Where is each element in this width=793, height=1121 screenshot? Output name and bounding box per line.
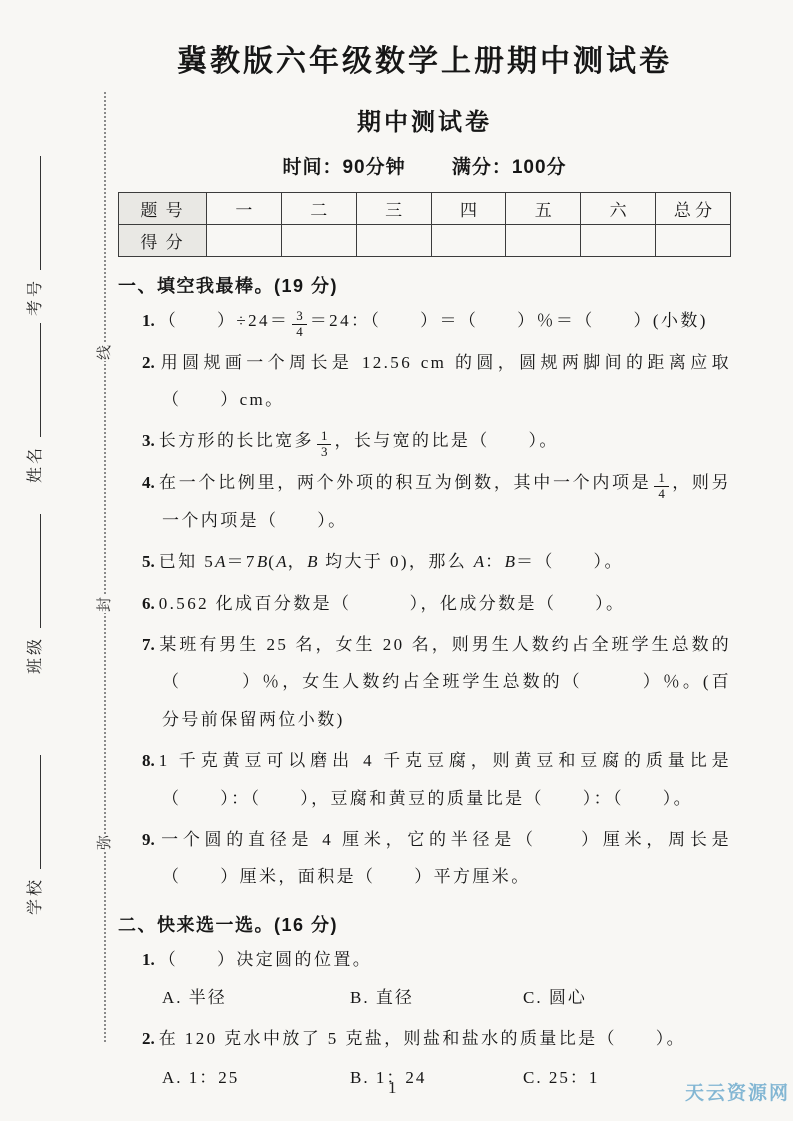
fraction-numerator: 1 — [317, 429, 332, 445]
question-number: 4. — [142, 473, 159, 492]
question-number: 5. — [142, 552, 159, 571]
fraction-denominator: 4 — [654, 487, 669, 502]
question-text: 长方形的长比宽多 — [159, 431, 314, 450]
question-number: 2. — [142, 353, 159, 372]
question-item: 4.在一个比例里，两个外项的积互为倒数，其中一个内项是14，则另一个内项是（ ）… — [142, 464, 731, 539]
question-variable: B — [257, 552, 268, 571]
question-text: 在一个比例里，两个外项的积互为倒数，其中一个内项是 — [159, 473, 652, 492]
score-row-label-cell: 得 分 — [119, 225, 207, 257]
margin-field-exam-number: 考号 — [23, 156, 45, 316]
question-text: ＝7 — [227, 552, 257, 571]
question-item: 8.1 千克黄豆可以磨出 4 千克豆腐，则黄豆和豆腐的质量比是（ ）：（ ），豆… — [142, 742, 731, 817]
score-column-header: 二 — [281, 193, 356, 225]
score-column-header: 一 — [207, 193, 282, 225]
question-number: 1. — [142, 311, 159, 330]
fraction-denominator: 3 — [317, 445, 332, 460]
seal-char-line: 线 — [89, 344, 118, 361]
question-number: 9. — [142, 830, 159, 849]
score-value-cell — [581, 225, 656, 257]
margin-field-label: 考号 — [22, 278, 45, 316]
seal-dotted-line — [104, 92, 106, 1042]
time-limit: 时间：90分钟 — [282, 157, 405, 178]
question-number: 7. — [142, 635, 159, 654]
question-text: 1 千克黄豆可以磨出 4 千克豆腐，则黄豆和豆腐的质量比是（ ）：（ ），豆腐和… — [159, 751, 731, 807]
question-number: 8. — [142, 751, 159, 770]
question-item: 2.在 120 克水中放了 5 克盐，则盐和盐水的质量比是（ ）。 — [142, 1020, 731, 1057]
score-column-header: 五 — [506, 193, 581, 225]
question-text: 在 120 克水中放了 5 克盐，则盐和盐水的质量比是（ ）。 — [159, 1029, 686, 1048]
score-column-header: 六 — [581, 193, 656, 225]
fraction: 13 — [317, 429, 332, 460]
option-item: B. 直径 — [350, 982, 523, 1014]
options-row: A. 1：25B. 1：24C. 25：1 — [162, 1062, 731, 1094]
section-heading: 一、填空我最棒。(19 分) — [118, 272, 731, 298]
question-variable: A — [215, 552, 226, 571]
question-text: 0.562 化成百分数是（ ），化成分数是（ ）。 — [159, 594, 626, 613]
fraction-numerator: 1 — [654, 471, 669, 487]
fill-line — [40, 156, 41, 270]
question-text: ＝24：（ ）＝（ ）％＝（ ）(小数) — [310, 311, 708, 330]
option-item: C. 圆心 — [523, 982, 587, 1014]
margin-field-label: 班级 — [22, 636, 45, 674]
score-value-cell — [506, 225, 581, 257]
question-item: 1.（ ）决定圆的位置。 — [142, 941, 731, 978]
margin-field-class: 班级 — [23, 514, 45, 674]
option-item: C. 25：1 — [523, 1062, 599, 1094]
fraction-denominator: 4 — [292, 325, 307, 340]
section-heading: 二、快来选一选。(16 分) — [118, 911, 731, 937]
question-text: ， — [288, 552, 307, 571]
question-text: 均大于 0)，那么 — [318, 552, 473, 571]
question-variable: A — [276, 552, 287, 571]
score-header-label-cell: 题 号 — [119, 193, 207, 225]
margin-field-school: 学校 — [23, 755, 45, 915]
question-number: 6. — [142, 594, 159, 613]
score-column-header: 总 分 — [656, 193, 731, 225]
score-column-header: 三 — [356, 193, 431, 225]
question-variable: B — [505, 552, 516, 571]
score-value-cell — [656, 225, 731, 257]
question-text: 用圆规画一个周长是 12.56 cm 的圆，圆规两脚间的距离应取（ ）cm。 — [159, 353, 731, 409]
fill-line — [40, 323, 41, 437]
paper-content: 冀教版六年级数学上册期中测试卷 期中测试卷 时间：90分钟 满分：100分 题 … — [118, 36, 731, 1100]
fraction: 14 — [654, 471, 669, 502]
seal-char-feng: 封 — [89, 596, 118, 613]
question-item: 2.用圆规画一个周长是 12.56 cm 的圆，圆规两脚间的距离应取（ ）cm。 — [142, 344, 731, 419]
margin-field-label: 学校 — [22, 877, 45, 915]
score-value-cell — [207, 225, 282, 257]
watermark: 天云资源网 — [685, 1078, 790, 1105]
paper-meta: 时间：90分钟 满分：100分 — [118, 152, 731, 179]
score-table: 题 号 一二三四五六总 分 得 分 — [118, 192, 731, 257]
question-item: 6.0.562 化成百分数是（ ），化成分数是（ ）。 — [142, 585, 731, 622]
fraction: 34 — [292, 309, 307, 340]
questions-area: 一、填空我最棒。(19 分)1.（ ）÷24＝34＝24：（ ）＝（ ）％＝（ … — [118, 272, 731, 1094]
question-text: ＝（ ）。 — [516, 552, 624, 571]
score-value-cell — [431, 225, 506, 257]
question-variable: A — [474, 552, 485, 571]
margin-field-label: 姓名 — [22, 445, 45, 483]
question-item: 1.（ ）÷24＝34＝24：（ ）＝（ ）％＝（ ）(小数) — [142, 302, 731, 340]
margin-field-name: 姓名 — [23, 323, 45, 483]
full-score: 满分：100分 — [452, 157, 567, 178]
question-item: 7.某班有男生 25 名，女生 20 名，则男生人数约占全班学生总数的（ ）％，… — [142, 626, 731, 738]
question-text: 已知 5 — [159, 552, 215, 571]
option-item: B. 1：24 — [350, 1062, 523, 1094]
score-column-header: 四 — [431, 193, 506, 225]
score-value-row: 得 分 — [119, 225, 731, 257]
question-text: 一个圆的直径是 4 厘米，它的半径是（ ）厘米，周长是（ ）厘米，面积是（ ）平… — [159, 830, 731, 886]
score-value-cell — [356, 225, 431, 257]
question-number: 1. — [142, 950, 159, 969]
fill-line — [40, 514, 41, 628]
page-number: 1 — [388, 1078, 397, 1098]
question-item: 3.长方形的长比宽多13，长与宽的比是（ ）。 — [142, 422, 731, 460]
score-header-row: 题 号 一二三四五六总 分 — [119, 193, 731, 225]
fill-line — [40, 755, 41, 869]
paper-subtitle: 期中测试卷 — [118, 102, 731, 137]
fraction-numerator: 3 — [292, 309, 307, 325]
question-text: ： — [485, 552, 504, 571]
option-item: A. 半径 — [162, 982, 350, 1014]
question-text: ，长与宽的比是（ ）。 — [334, 431, 558, 450]
paper-title: 冀教版六年级数学上册期中测试卷 — [118, 36, 731, 80]
question-text: （ ）÷24＝ — [159, 311, 290, 330]
score-value-cell — [281, 225, 356, 257]
option-item: A. 1：25 — [162, 1062, 350, 1094]
question-text: 某班有男生 25 名，女生 20 名，则男生人数约占全班学生总数的（ ）％，女生… — [159, 635, 731, 729]
question-item: 5.已知 5A＝7B(A，B 均大于 0)，那么 A：B＝（ ）。 — [142, 543, 731, 580]
question-text: （ ）决定圆的位置。 — [159, 950, 372, 969]
options-row: A. 半径B. 直径C. 圆心 — [162, 982, 731, 1014]
question-number: 2. — [142, 1029, 159, 1048]
question-variable: B — [307, 552, 318, 571]
question-number: 3. — [142, 431, 159, 450]
seal-char-mi: 弥 — [89, 834, 118, 851]
question-item: 9.一个圆的直径是 4 厘米，它的半径是（ ）厘米，周长是（ ）厘米，面积是（ … — [142, 821, 731, 896]
